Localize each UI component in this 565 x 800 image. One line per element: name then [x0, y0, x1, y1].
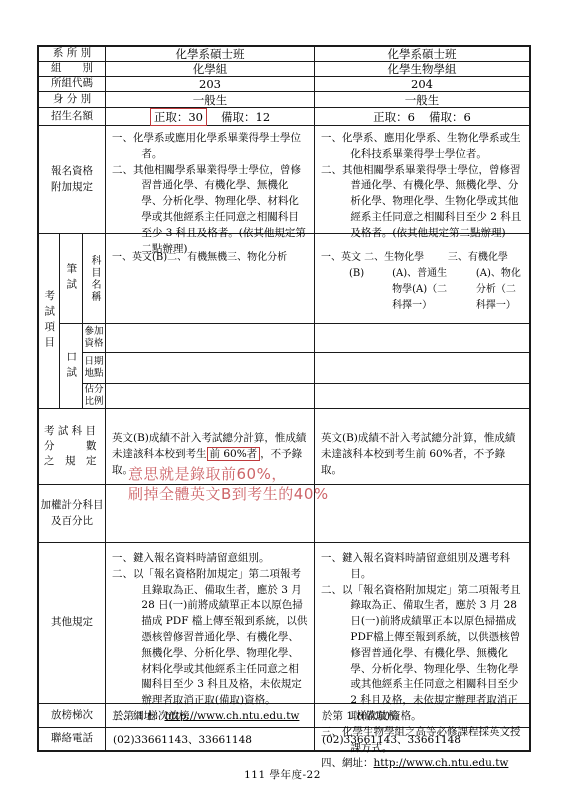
- announcement-col2: 於第 1 梯次放榜: [315, 704, 529, 727]
- subjects-col1: 一、英文(B)二、有機無機三、物化分析: [106, 234, 314, 324]
- identity-label: 身 分 別: [39, 92, 106, 107]
- row-other-rules: 其他規定 一、鍵入報名資料時請留意組別。二、以「報名資格附加規定」第二項報考且錄…: [39, 543, 529, 704]
- score-rule-col2: 英文(B)成績不計入考試總分計算，惟成績未達該科本校到考生前 60%者，不予錄取…: [315, 409, 529, 484]
- oral-ratio-label: 佔分 比例: [83, 384, 105, 408]
- qualification-col2: 一、化學系、應用化學系、生物化學系或生化科技系畢業得學士學位者。二、其他相關學系…: [315, 126, 529, 233]
- list-item: 一、化學系或應用化學系畢業得學士學位者。: [112, 131, 308, 163]
- oral-eligibility-label: 參加 資格: [83, 324, 105, 353]
- oral-date-place-label: 日期 地點: [83, 353, 105, 384]
- quota-col2: 正取：6 備取：6: [315, 108, 529, 125]
- list-item: 二、其他相關學系畢業得學士學位，曾修習普通化學、有機化學、無機化學、分析化學、物…: [321, 163, 523, 242]
- row-announcement: 放榜梯次 於第 1 梯次放榜 於第 1 梯次放榜: [39, 704, 529, 728]
- list-item: 一、英文(B): [321, 250, 364, 282]
- weighted-col1: [106, 485, 315, 542]
- list-item: 三、物化分析: [227, 250, 287, 266]
- row-weighted-subjects: 加權計分科目 及百分比: [39, 485, 529, 543]
- announcement-label: 放榜梯次: [39, 704, 106, 727]
- list-item: 三、有機化學(A)、物化分析（二科擇一）: [448, 250, 524, 314]
- qualification-label: 報名資格 附加規定: [39, 126, 106, 233]
- written-test-label: 筆試: [60, 234, 82, 324]
- list-item: 二、有機無機: [167, 250, 227, 266]
- contact-col1: (02)33661143、33661148: [106, 728, 315, 750]
- announcement-col1: 於第 1 梯次放榜: [106, 704, 315, 727]
- quota-admit-value: 正取：6: [373, 109, 415, 125]
- code-label: 所組代碼: [39, 77, 106, 91]
- page-footer: 111 學年度-22: [0, 767, 565, 782]
- exam-items-label: 考試項目: [39, 234, 60, 408]
- admission-table: 系 所 別 化學系碩士班 化學系碩士班 組 別 化學組 化學生物學組 所組代碼 …: [37, 45, 531, 752]
- identity-col2: 一般生: [315, 92, 529, 107]
- group-col2: 化學生物學組: [315, 62, 529, 76]
- row-group: 組 別 化學組 化學生物學組: [39, 62, 529, 77]
- oral-eligibility-col2: [315, 324, 529, 353]
- other-rules-col2: 一、鍵入報名資料時請留意組別及選考科目。二、以「報名資格附加規定」第二項報考且錄…: [315, 543, 529, 703]
- exam-test-type-strip: 筆試 口試: [60, 234, 83, 408]
- identity-col1: 一般生: [106, 92, 315, 107]
- qualification-col1: 一、化學系或應用化學系畢業得學士學位者。二、其他相關學系畢業得學士學位，曾修習普…: [106, 126, 315, 233]
- subjects-col2: 一、英文(B)二、生物化學(A)、普通生物學(A)（二科擇一）三、有機化學(A)…: [315, 234, 529, 324]
- quota-waitlist-value: 備取：12: [221, 109, 270, 125]
- list-item: 二、以「報名資格附加規定」第二項報考且錄取為正、備取生者，應於 3 月 28 日…: [112, 567, 308, 709]
- score-rule-label: 考 試 科 目 分 數 之 規 定: [39, 409, 106, 484]
- quota-label: 招生名額: [39, 108, 106, 125]
- quota-waitlist-value: 備取：6: [429, 109, 471, 125]
- row-score-rule: 考 試 科 目 分 數 之 規 定 英文(B)成績不計入考試總分計算，惟成績未達…: [39, 409, 529, 485]
- exam-col1: 一、英文(B)二、有機無機三、物化分析: [106, 234, 315, 408]
- row-exam-items: 考試項目 筆試 口試 科目名稱 參加 資格 日期 地點 佔分 比例 一、英文(B…: [39, 234, 529, 409]
- oral-eligibility-col1: [106, 324, 314, 353]
- contact-label: 聯絡電話: [39, 728, 106, 750]
- weighted-subjects-label: 加權計分科目 及百分比: [39, 485, 106, 542]
- row-identity: 身 分 別 一般生 一般生: [39, 92, 529, 108]
- department-label: 系 所 別: [39, 47, 106, 61]
- oral-ratio-col2: [315, 384, 529, 408]
- row-quota: 招生名額 正取：30 備取：12 正取：6 備取：6: [39, 108, 529, 126]
- other-rules-col1: 一、鍵入報名資料時請留意組別。二、以「報名資格附加規定」第二項報考且錄取為正、備…: [106, 543, 315, 703]
- oral-test-label: 口試: [60, 324, 82, 408]
- score-rule-redbox-annotation: 前 60%者: [207, 447, 261, 461]
- row-department: 系 所 別 化學系碩士班 化學系碩士班: [39, 47, 529, 62]
- exam-col2: 一、英文(B)二、生物化學(A)、普通生物學(A)（二科擇一）三、有機化學(A)…: [315, 234, 529, 408]
- oral-date-place-col2: [315, 353, 529, 384]
- row-qualification: 報名資格 附加規定 一、化學系或應用化學系畢業得學士學位者。二、其他相關學系畢業…: [39, 126, 529, 234]
- weighted-col2: [315, 485, 529, 542]
- code-col2: 204: [315, 77, 529, 91]
- score-rule-col1: 英文(B)成績不計入考試總分計算，惟成績未達該科本校到考生前 60%者，不予錄取…: [106, 409, 315, 484]
- oral-date-place-col1: [106, 353, 314, 384]
- list-item: 一、化學系、應用化學系、生物化學系或生化科技系畢業得學士學位者。: [321, 131, 523, 163]
- department-col1: 化學系碩士班: [106, 47, 315, 61]
- code-col1: 203: [106, 77, 315, 91]
- group-col1: 化學組: [106, 62, 315, 76]
- quota-col1: 正取：30 備取：12: [106, 108, 315, 125]
- department-col2: 化學系碩士班: [315, 47, 529, 61]
- subject-names-label: 科目名稱: [83, 234, 105, 324]
- row-code: 所組代碼 203 204: [39, 77, 529, 92]
- list-item: 一、英文(B): [112, 250, 167, 266]
- contact-col2: (02)33661143、33661148: [315, 728, 529, 750]
- group-label: 組 別: [39, 62, 106, 76]
- row-contact: 聯絡電話 (02)33661143、33661148 (02)33661143、…: [39, 728, 529, 750]
- list-item: 一、鍵入報名資料時請留意組別。: [112, 551, 308, 567]
- list-item: 一、鍵入報名資料時請留意組別及選考科目。: [321, 551, 523, 583]
- quota-admit-redbox-annotation: 正取：30: [150, 108, 207, 126]
- document-page: 系 所 別 化學系碩士班 化學系碩士班 組 別 化學組 化學生物學組 所組代碼 …: [0, 0, 565, 800]
- exam-sublabel-strip: 科目名稱 參加 資格 日期 地點 佔分 比例: [83, 234, 106, 408]
- other-rules-label: 其他規定: [39, 543, 106, 703]
- list-item: 二、生物化學(A)、普通生物學(A)（二科擇一）: [364, 250, 448, 314]
- oral-ratio-col1: [106, 384, 314, 408]
